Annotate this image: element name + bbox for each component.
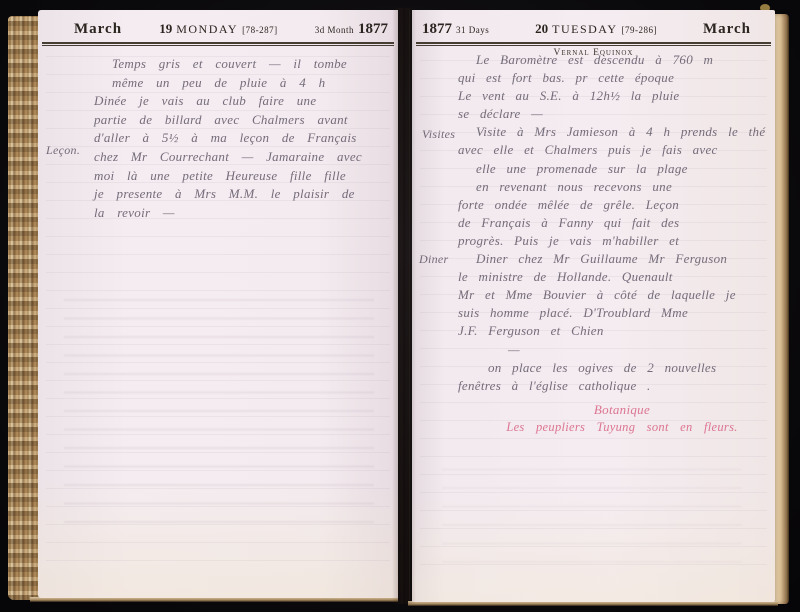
- right-header-days-count: 31 Days: [456, 25, 489, 35]
- handwritten-line: d'aller à 5½ à ma leçon de Français: [94, 130, 382, 149]
- handwritten-line: Temps gris et couvert — il tombe: [94, 56, 382, 75]
- handwritten-line: progrès. Puis je vais m'habiller et: [458, 233, 764, 251]
- left-header-day-number: 19: [159, 21, 172, 36]
- handwritten-line: avec elle et Chalmers puis je fais avec: [458, 142, 764, 160]
- handwritten-line: chez Mr Courrechant — Jamaraine avec: [94, 149, 382, 168]
- handwritten-line: Visite à Mrs Jamieson à 4 h prends le th…: [458, 124, 764, 142]
- handwritten-line: Mr et Mme Bouvier à côté de laquelle je: [458, 287, 764, 305]
- handwritten-line: je presente à Mrs M.M. le plaisir de: [94, 186, 382, 205]
- right-page-header: 1877 31 Days 20 TUESDAY [79-286] March: [422, 20, 765, 40]
- handwritten-line: en revenant nous recevons une: [458, 179, 764, 197]
- left-header-year-group: 3d Month 1877: [315, 20, 388, 38]
- right-header-day-range: [79-286]: [622, 25, 658, 35]
- left-header-double-rule: [42, 42, 394, 46]
- right-page-handwritten-entry: Le Baromètre est descendu à 760 m qui es…: [458, 52, 764, 396]
- right-header-day-number: 20: [535, 21, 548, 36]
- ink-bleedthrough-texture: [64, 285, 374, 535]
- right-page-tuesday: 1877 31 Days 20 TUESDAY [79-286] March V…: [412, 10, 775, 602]
- book-gutter-shadow: [392, 8, 416, 604]
- diary-scan: March 19 MONDAY [78-287] 3d Month 1877 L…: [0, 0, 800, 612]
- pink-note-text: Les peupliers Tuyung sont en fleurs.: [472, 420, 772, 435]
- right-header-year-group: 1877 31 Days: [422, 20, 489, 38]
- left-header-day-group: 19 MONDAY [78-287]: [159, 20, 277, 38]
- handwritten-line: la revoir —: [94, 205, 382, 224]
- left-page-handwritten-entry: Temps gris et couvert — il tombe même un…: [94, 56, 382, 223]
- handwritten-line: Dinée je vais au club faire une: [94, 93, 382, 112]
- handwritten-line: Le vent au S.E. à 12h½ la pluie: [458, 88, 764, 106]
- right-header-day-name: TUESDAY: [552, 22, 617, 36]
- handwritten-line: partie de billard avec Chalmers avant: [94, 112, 382, 131]
- handwritten-line: se déclare —: [458, 106, 764, 124]
- handwritten-line: forte ondée mêlée de grêle. Leçon: [458, 197, 764, 215]
- book-right-page-edge: [775, 14, 789, 604]
- handwritten-line: J.F. Ferguson et Chien: [458, 323, 764, 341]
- right-header-double-rule: [416, 42, 771, 46]
- left-header-year: 1877: [358, 21, 388, 37]
- handwritten-line: de Français à Fanny qui fait des: [458, 215, 764, 233]
- handwritten-line: moi là une petite Heureuse fille fille: [94, 168, 382, 187]
- margin-label-diner: Diner: [419, 252, 449, 267]
- handwritten-line: qui est fort bas. pr cette époque: [458, 70, 764, 88]
- handwritten-line-dash: —: [458, 342, 764, 360]
- left-page-header: March 19 MONDAY [78-287] 3d Month 1877: [48, 20, 388, 40]
- book-fore-edge-pages: [8, 16, 40, 600]
- left-header-month-label: March: [74, 21, 122, 38]
- handwritten-line: Diner chez Mr Guillaume Mr Ferguson: [458, 251, 764, 269]
- margin-label-lecon: Leçon.: [46, 143, 80, 158]
- right-header-year: 1877: [422, 21, 452, 37]
- handwritten-line: même un peu de pluie à 4 h: [94, 75, 382, 94]
- handwritten-line: elle une promenade sur la plage: [458, 161, 764, 179]
- handwritten-line: le ministre de Hollande. Quenault: [458, 269, 764, 287]
- handwritten-line: suis homme placé. D'Troublard Mme: [458, 305, 764, 323]
- handwritten-line: fenêtres à l'église catholique .: [458, 378, 764, 396]
- right-header-day-group: 20 TUESDAY [79-286]: [535, 20, 657, 38]
- pink-note-title: Botanique: [532, 402, 712, 418]
- ink-bleedthrough-texture: [442, 455, 742, 575]
- handwritten-line: on place les ogives de 2 nouvelles: [458, 360, 764, 378]
- book-gutter-fold-line: [409, 10, 410, 600]
- right-header-month-label: March: [703, 21, 751, 38]
- left-header-day-range: [78-287]: [242, 25, 278, 35]
- left-page-monday: March 19 MONDAY [78-287] 3d Month 1877 L…: [38, 10, 398, 598]
- left-header-month-ordinal: 3d Month: [315, 25, 354, 35]
- handwritten-line: Le Baromètre est descendu à 760 m: [458, 52, 764, 70]
- margin-label-visites: Visites: [422, 127, 455, 142]
- left-header-day-name: MONDAY: [176, 22, 238, 36]
